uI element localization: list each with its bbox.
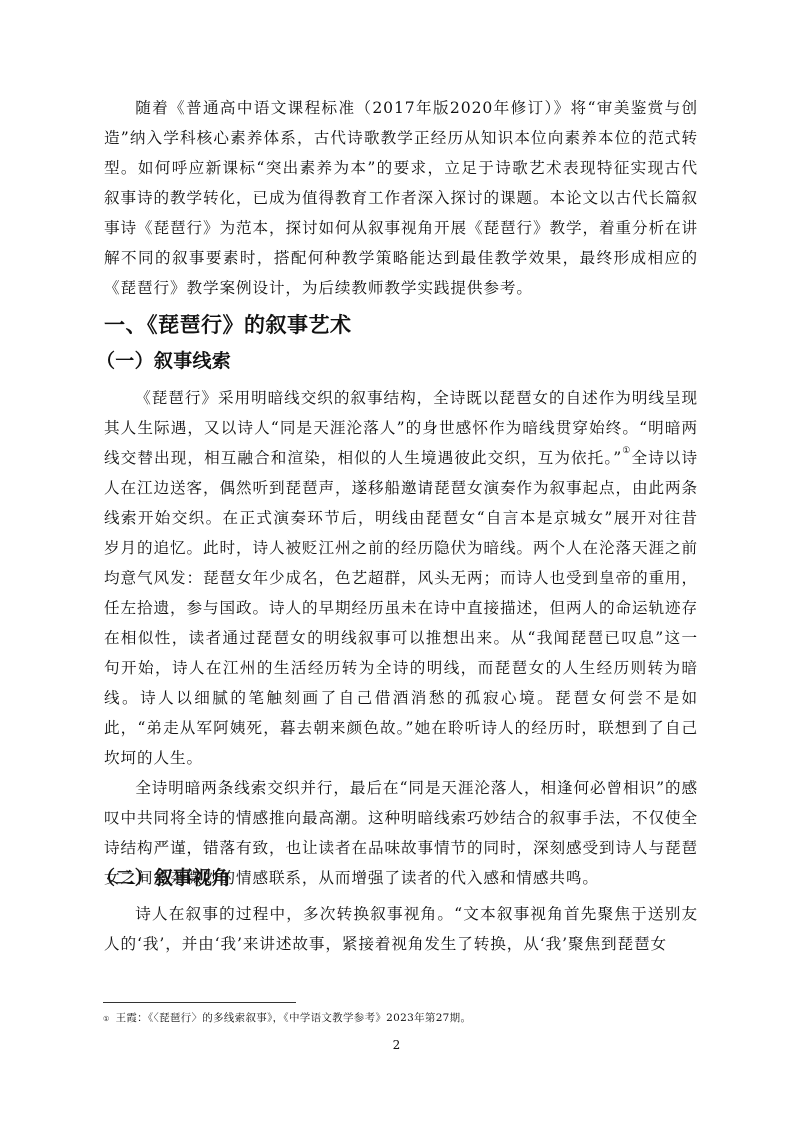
footnote-separator — [103, 1002, 296, 1003]
intro-paragraph: 随着《普通高中语文课程标准（2017年版2020年修订）》将“审美鉴赏与创造”纳… — [104, 93, 698, 303]
narrative-perspective-block: 诗人在叙事的过程中，多次转换叙事视角。“文本叙事视角首先聚焦于送别友人的‘我’，… — [104, 899, 698, 959]
intro-block: 随着《普通高中语文课程标准（2017年版2020年修订）》将“审美鉴赏与创造”纳… — [104, 93, 698, 303]
narrative-clues-paragraph-1: 《琵琶行》采用明暗线交织的叙事结构，全诗既以琵琶女的自述作为明线呈现其人生际遇，… — [104, 383, 698, 773]
section-heading-1: 一、《琵琶行》的叙事艺术 — [104, 307, 352, 343]
document-page: 随着《普通高中语文课程标准（2017年版2020年修订）》将“审美鉴赏与创造”纳… — [0, 0, 793, 1122]
narrative-perspective-paragraph-1: 诗人在叙事的过程中，多次转换叙事视角。“文本叙事视角首先聚焦于送别友人的‘我’，… — [104, 899, 698, 959]
subsection-heading-narrative-clues: （一）叙事线索 — [96, 344, 231, 378]
subsection-heading-narrative-perspective: （二）叙事视角 — [96, 861, 231, 895]
footnote-marker: ① — [103, 1015, 110, 1023]
paragraph-text-part-a: 《琵琶行》采用明暗线交织的叙事结构，全诗既以琵琶女的自述作为明线呈现其人生际遇，… — [104, 389, 698, 467]
footnote: ①王霞：《〈琵琶行〉的多线索叙事》，《中学语文教学参考》2023年第27期。 — [103, 1010, 471, 1026]
page-number: 2 — [0, 1038, 793, 1052]
footnote-text: 王霞：《〈琵琶行〉的多线索叙事》，《中学语文教学参考》2023年第27期。 — [116, 1012, 472, 1024]
paragraph-text-part-b: 全诗以诗人在江边送客，偶然听到琵琶声，遂移船邀请琵琶女演奏作为叙事起点，由此两条… — [104, 449, 698, 767]
narrative-clues-block: 《琵琶行》采用明暗线交织的叙事结构，全诗既以琵琶女的自述作为明线呈现其人生际遇，… — [104, 383, 698, 893]
footnote-reference[interactable]: ① — [622, 446, 631, 456]
